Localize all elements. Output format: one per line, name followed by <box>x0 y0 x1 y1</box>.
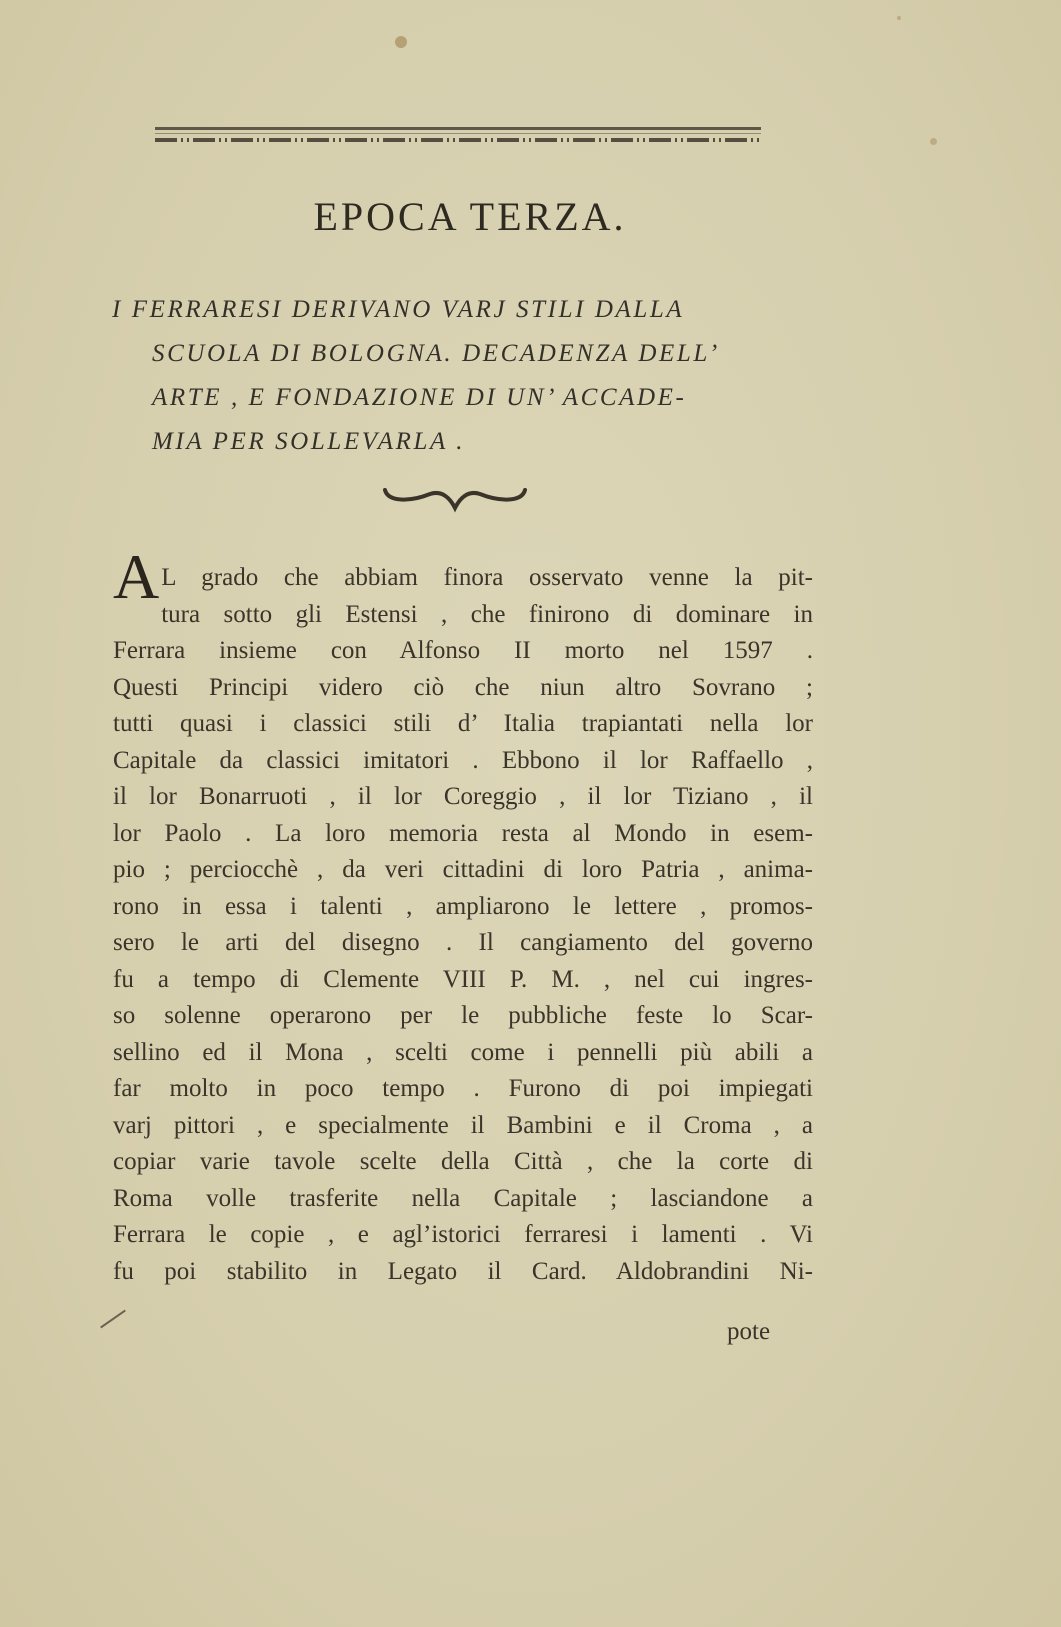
drop-cap: A <box>113 550 159 604</box>
text-line: Ferrara le copie , e agl’istorici ferrar… <box>113 1217 813 1254</box>
text-line: tutti quasi i classici stili d’ Italia t… <box>113 706 813 743</box>
summary-line: SCUOLA DI BOLOGNA. DECADENZA DELL’ <box>112 332 812 376</box>
header-rule <box>155 127 761 142</box>
text-line: varj pittori , e specialmente il Bambini… <box>113 1108 813 1145</box>
body-paragraph: AL grado che abbiam finora osservato ven… <box>113 560 813 1290</box>
text-line: sellino ed il Mona , scelti come i penne… <box>113 1035 813 1072</box>
catchword: pote <box>727 1318 770 1346</box>
text-line: pio ; perciocchè , da veri cittadini di … <box>113 852 813 889</box>
stain-spot <box>897 16 901 20</box>
pencil-mark <box>100 1310 126 1329</box>
chapter-summary: I FERRARESI DERIVANO VARJ STILI DALLA SC… <box>112 288 812 464</box>
text-line: rono in essa i talenti , ampliarono le l… <box>113 889 813 926</box>
stain-spot <box>395 36 407 48</box>
text-line: AL grado che abbiam finora osservato ven… <box>113 560 813 597</box>
text-line: so solenne operarono per le pubbliche fe… <box>113 998 813 1035</box>
summary-line: I FERRARESI DERIVANO VARJ STILI DALLA <box>112 288 812 332</box>
text-line: copiar varie tavole scelte della Città ,… <box>113 1144 813 1181</box>
text-line: Questi Principi videro ciò che niun altr… <box>113 670 813 707</box>
text-line: sero le arti del disegno . Il cangiament… <box>113 925 813 962</box>
text-line: Capitale da classici imitatori . Ebbono … <box>113 743 813 780</box>
text-line: tura sotto gli Estensi , che finirono di… <box>113 597 813 634</box>
text-line: Ferrara insieme con Alfonso II morto nel… <box>113 633 813 670</box>
summary-line: MIA PER SOLLEVARLA . <box>112 420 812 464</box>
text-line: Roma volle trasferite nella Capitale ; l… <box>113 1181 813 1218</box>
summary-line: ARTE , E FONDAZIONE DI UN’ ACCADE- <box>112 376 812 420</box>
scroll-ornament-icon <box>380 480 530 520</box>
stain-spot <box>930 138 937 145</box>
book-page: EPOCA TERZA. I FERRARESI DERIVANO VARJ S… <box>0 0 1061 1627</box>
text-line: fu poi stabilito in Legato il Card. Aldo… <box>113 1254 813 1291</box>
text-line: fu a tempo di Clemente VIII P. M. , nel … <box>113 962 813 999</box>
text-line: il lor Bonarruoti , il lor Coreggio , il… <box>113 779 813 816</box>
chapter-title: EPOCA TERZA. <box>0 193 940 240</box>
text-line: far molto in poco tempo . Furono di poi … <box>113 1071 813 1108</box>
text-line: lor Paolo . La loro memoria resta al Mon… <box>113 816 813 853</box>
